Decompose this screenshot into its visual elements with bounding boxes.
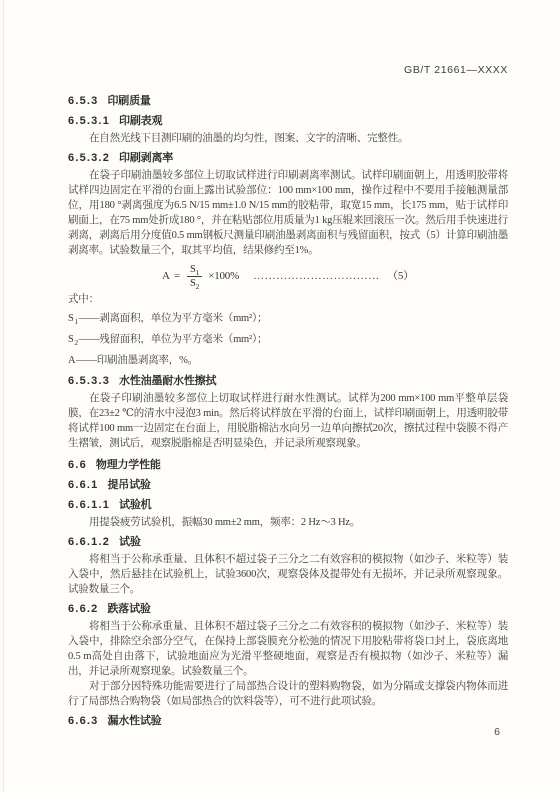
- where-label: 式中：: [68, 292, 508, 307]
- section-title: 试验机: [119, 499, 151, 511]
- section-heading: 6.6.3漏水性试验: [68, 714, 508, 729]
- section-number: 6.6.1.2: [68, 536, 110, 548]
- equation-number: （5）: [387, 269, 414, 284]
- section-title: 印刷剥离率: [119, 152, 173, 164]
- symbol-description: ——剥离面积，单位为平方毫米（mm²）；: [79, 313, 268, 324]
- section-number: 6.5.3.1: [68, 115, 110, 127]
- section-heading: 6.5.3.1印刷表观: [68, 114, 508, 129]
- section-heading: 6.6.1.1试验机: [68, 498, 508, 513]
- section-number: 6.6.3: [68, 715, 98, 727]
- section-heading: 6.6.2跌落试验: [68, 602, 508, 617]
- section-number: 6.6.1: [68, 479, 98, 491]
- formula-lhs: A: [162, 269, 171, 284]
- symbol-base: A: [68, 355, 76, 366]
- section-number: 6.5.3.3: [68, 375, 110, 387]
- symbol-description: ——印刷油墨剥离率，%。: [76, 355, 198, 366]
- section-heading: 6.5.3.2印刷剥离率: [68, 151, 508, 166]
- denominator-subscript: 2: [196, 282, 200, 291]
- paragraph: 对于部分因特殊功能需要进行了局部热合设计的塑料购物袋，如为分隔或支撑袋内物体而进…: [68, 679, 508, 709]
- section-title: 印刷表观: [119, 115, 162, 127]
- paragraph: 将相当于公称承重量、且体积不超过袋子三分之二有效容积的模拟物（如沙子、米粒等）装…: [68, 619, 508, 679]
- multiplier: ×100%: [208, 269, 239, 284]
- numerator-subscript: 1: [196, 268, 200, 277]
- section-title: 物理力学性能: [96, 459, 161, 471]
- section-heading: 6.6.1.2试验: [68, 535, 508, 550]
- section-heading: 6.5.3.3水性油墨耐水性擦拭: [68, 374, 508, 389]
- fraction: S1S2: [187, 264, 202, 289]
- formula-peel-rate: A=S1S2×100%………………………………（5）: [68, 264, 508, 289]
- section-number: 6.5.3: [68, 95, 98, 107]
- symbol: S2: [68, 334, 79, 345]
- section-title: 漏水性试验: [107, 715, 161, 727]
- paragraph: 用提袋疲劳试验机，振幅30 mm±2 mm，频率：2 Hz～3 Hz。: [68, 515, 508, 530]
- equals-sign: =: [174, 269, 180, 284]
- section-number: 6.6: [68, 459, 87, 471]
- fraction-denominator: S2: [190, 277, 199, 289]
- paragraph: 在自然光线下目测印刷的油墨的均匀性，图案、文字的清晰、完整性。: [68, 131, 508, 146]
- where-item: A——印刷油墨剥离率，%。: [68, 353, 508, 368]
- scan-edge-line: [3, 0, 4, 792]
- symbol: A: [68, 355, 76, 366]
- dot-leader: ………………………………: [253, 269, 381, 284]
- document-body: 6.5.3印刷质量6.5.3.1印刷表观在自然光线下目测印刷的油墨的均匀性，图案…: [68, 87, 508, 731]
- section-heading: 6.6.1提吊试验: [68, 478, 508, 493]
- section-title: 试验: [119, 536, 141, 548]
- where-item: S2——残留面积，单位为平方毫米（mm²）；: [68, 332, 508, 347]
- section-title: 水性油墨耐水性擦拭: [119, 375, 216, 387]
- standard-code-header: GB/T 21661—XXXX: [404, 64, 508, 76]
- section-heading: 6.6物理力学性能: [68, 458, 508, 473]
- section-number: 6.6.2: [68, 603, 98, 615]
- page-number: 6: [494, 726, 500, 738]
- section-heading: 6.5.3印刷质量: [68, 94, 508, 109]
- section-number: 6.6.1.1: [68, 499, 110, 511]
- section-title: 印刷质量: [107, 95, 150, 107]
- section-number: 6.5.3.2: [68, 152, 110, 164]
- symbol-description: ——残留面积，单位为平方毫米（mm²）；: [79, 334, 268, 345]
- section-title: 跌落试验: [107, 603, 150, 615]
- symbol: S1: [68, 313, 79, 324]
- fraction-numerator: S1: [187, 264, 202, 277]
- section-title: 提吊试验: [107, 479, 150, 491]
- paragraph: 在袋子印刷油墨较多部位上切取试样进行印刷剥离率测试。试样印刷面朝上，用透明胶带将…: [68, 168, 508, 258]
- where-item: S1——剥离面积，单位为平方毫米（mm²）；: [68, 311, 508, 326]
- paragraph: 在袋子印刷油墨较多部位上切取试样进行耐水性测试。试样为200 mm×100 mm…: [68, 391, 508, 451]
- document-page: GB/T 21661—XXXX 6.5.3印刷质量6.5.3.1印刷表观在自然光…: [0, 0, 560, 792]
- paragraph: 将相当于公称承重量、且体积不超过袋子三分之二有效容积的模拟物（如沙子、米粒等）装…: [68, 552, 508, 597]
